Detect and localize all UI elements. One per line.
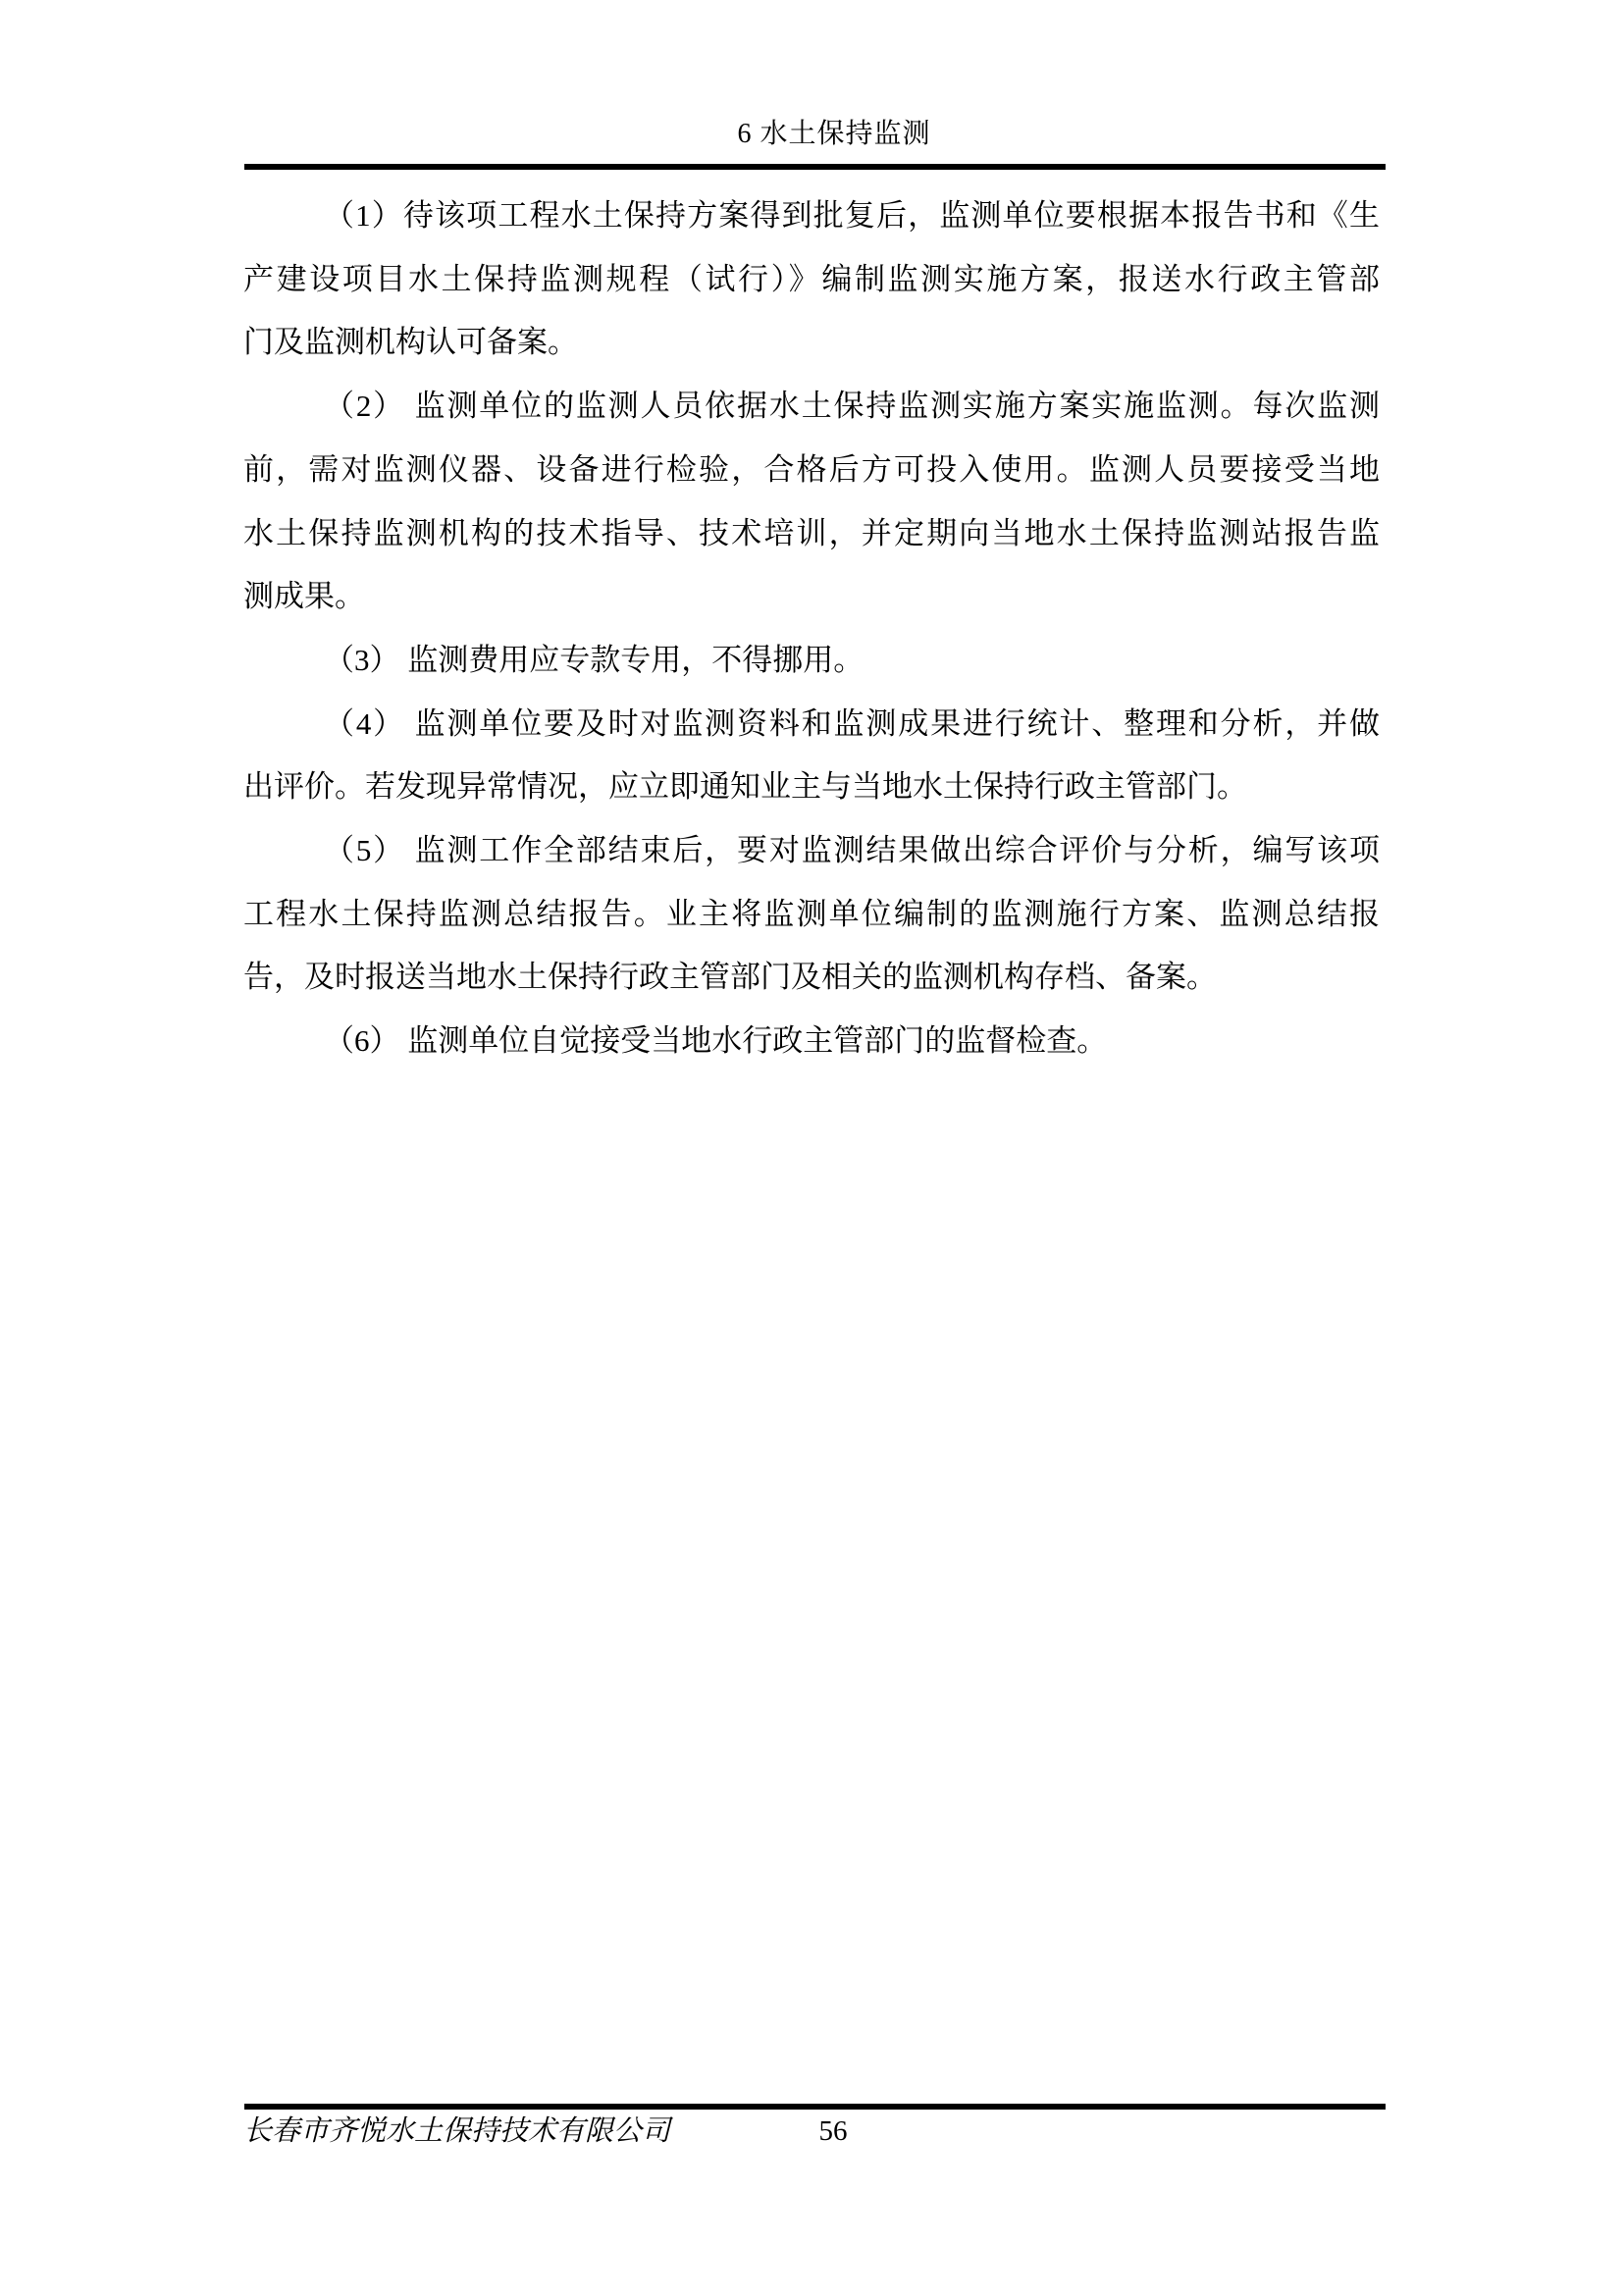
paragraph: （3） 监测费用应专款专用，不得挪用。 — [243, 629, 1380, 693]
text-line: 出评价。若发现异常情况，应立即通知业主与当地水土保持行政主管部门。 — [243, 756, 1380, 819]
text-line: 前，需对监测仪器、设备进行检验，合格后方可投入使用。监测人员要接受当地 — [243, 439, 1380, 502]
text-line: （4） 监测单位要及时对监测资料和监测成果进行统计、整理和分析，并做 — [243, 693, 1380, 756]
paragraph: （6） 监测单位自觉接受当地水行政主管部门的监督检查。 — [243, 1010, 1380, 1073]
text-line: 产建设项目水土保持监测规程（试行）》编制监测实施方案，报送水行政主管部 — [243, 248, 1380, 312]
page-header-chapter-title: 6 水土保持监测 — [737, 117, 930, 152]
text-line: （6） 监测单位自觉接受当地水行政主管部门的监督检查。 — [243, 1010, 1380, 1073]
paragraph: （1）待该项工程水土保持方案得到批复后，监测单位要根据本报告书和《生产建设项目水… — [243, 184, 1380, 375]
text-line: （5） 监测工作全部结束后，要对监测结果做出综合评价与分析，编写该项 — [243, 819, 1380, 883]
paragraph: （4） 监测单位要及时对监测资料和监测成果进行统计、整理和分析，并做出评价。若发… — [243, 693, 1380, 819]
text-line: （1）待该项工程水土保持方案得到批复后，监测单位要根据本报告书和《生 — [243, 184, 1380, 248]
document-page: 6 水土保持监测 （1）待该项工程水土保持方案得到批复后，监测单位要根据本报告书… — [0, 0, 1624, 2295]
document-body: （1）待该项工程水土保持方案得到批复后，监测单位要根据本报告书和《生产建设项目水… — [243, 184, 1380, 1073]
footer-page-number: 56 — [819, 2114, 848, 2148]
text-line: （3） 监测费用应专款专用，不得挪用。 — [243, 629, 1380, 693]
text-line: （2） 监测单位的监测人员依据水土保持监测实施方案实施监测。每次监测 — [243, 375, 1380, 439]
text-line: 门及监测机构认可备案。 — [243, 311, 1380, 375]
paragraph: （5） 监测工作全部结束后，要对监测结果做出综合评价与分析，编写该项工程水土保持… — [243, 819, 1380, 1010]
text-line: 水土保持监测机构的技术指导、技术培训，并定期向当地水土保持监测站报告监 — [243, 502, 1380, 566]
footer-company-name: 长春市齐悦水土保持技术有限公司 — [243, 2114, 670, 2148]
paragraph: （2） 监测单位的监测人员依据水土保持监测实施方案实施监测。每次监测前，需对监测… — [243, 375, 1380, 629]
header-rule — [244, 164, 1386, 170]
text-line: 工程水土保持监测总结报告。业主将监测单位编制的监测施行方案、监测总结报 — [243, 883, 1380, 947]
text-line: 测成果。 — [243, 565, 1380, 629]
footer-rule — [244, 2104, 1386, 2110]
text-line: 告，及时报送当地水土保持行政主管部门及相关的监测机构存档、备案。 — [243, 946, 1380, 1010]
